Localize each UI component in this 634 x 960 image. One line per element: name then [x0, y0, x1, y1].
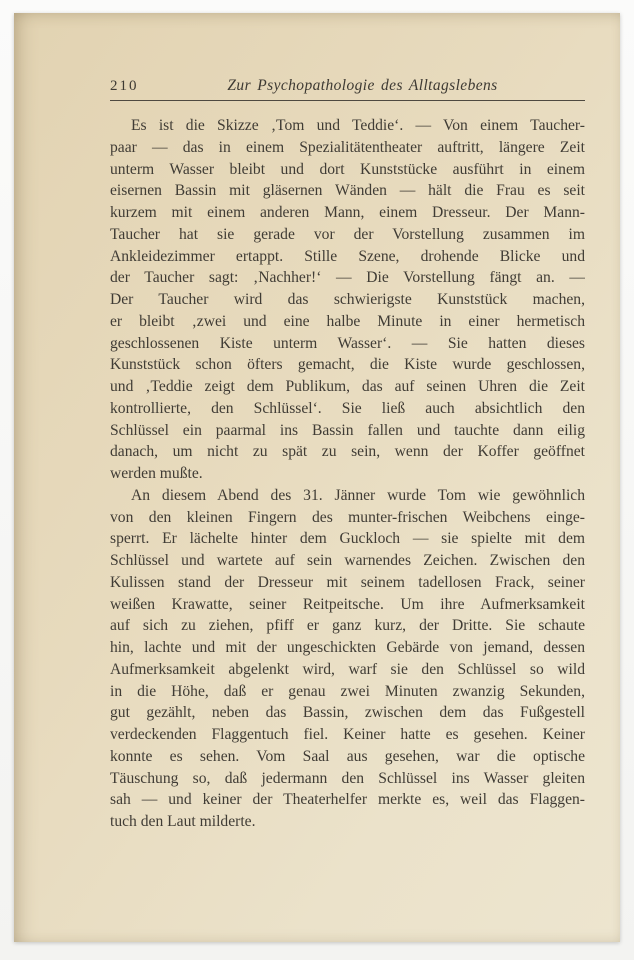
text-line: Kunststück schon öfters gemacht, die Kis… [110, 354, 585, 376]
body-text: Es ist die Skizze ‚Tom und Teddie‘. — Vo… [110, 115, 585, 833]
text-line: gut gezählt, neben das Bassin, zwischen … [110, 702, 585, 724]
text-line: An diesem Abend des 31. Jänner wurde Tom… [110, 485, 585, 507]
text-line: der Taucher sagt: ‚Nachher!‘ — Die Vorst… [110, 267, 585, 289]
text-line: geschlossenen Kiste unterm Wasser‘. — Si… [110, 333, 585, 355]
text-line: eisernen Bassin mit gläsernen Wänden — h… [110, 180, 585, 202]
text-line: von den kleinen Fingern des munter-frisc… [110, 507, 585, 529]
text-line: Kulissen stand der Dresseur mit seinem t… [110, 572, 585, 594]
text-line: Der Taucher wird das schwierigste Kunsts… [110, 289, 585, 311]
text-line: weißen Krawatte, seiner Reitpeitsche. Um… [110, 594, 585, 616]
text-line: Schlüssel ein paarmal ins Bassin fallen … [110, 420, 585, 442]
page-number: 210 [110, 78, 139, 95]
running-head: Zur Psychopathologie des Alltagslebens [110, 77, 585, 95]
text-line: unterm Wasser bleibt und dort Kunststück… [110, 159, 585, 181]
text-line: kontrollierte, den Schlüssel‘. Sie ließ … [110, 398, 585, 420]
text-line: auf sich zu ziehen, pfiff er ganz kurz, … [110, 615, 585, 637]
text-line: kurzem mit einem anderen Mann, einem Dre… [110, 202, 585, 224]
text-line: sah — und keiner der Theaterhelfer merkt… [110, 789, 585, 811]
text-column: 210 Zur Psychopathologie des Alltagslebe… [110, 13, 585, 833]
text-line: er bleibt ‚zwei und eine halbe Minute in… [110, 311, 585, 333]
text-line: hin, lachte und mit der ungeschickten Ge… [110, 637, 585, 659]
text-line: in die Höhe, daß er genau zwei Minuten z… [110, 681, 585, 703]
text-line: konnte es sehen. Vom Saal aus gesehen, w… [110, 746, 585, 768]
text-line: Taucher hat sie gerade vor der Vorstellu… [110, 224, 585, 246]
text-line: Aufmerksamkeit abgelenkt wird, warf sie … [110, 659, 585, 681]
text-line: Täuschung so, daß jedermann den Schlüsse… [110, 768, 585, 790]
text-line: werden mußte. [110, 463, 585, 485]
text-line: sperrt. Er lächelte hinter dem Guckloch … [110, 528, 585, 550]
text-line: verdeckenden Flaggentuch fiel. Keiner ha… [110, 724, 585, 746]
paragraph: An diesem Abend des 31. Jänner wurde Tom… [110, 485, 585, 833]
text-line: paar — das in einem Spezialitätentheater… [110, 137, 585, 159]
text-line: tuch den Laut milderte. [110, 811, 585, 833]
text-line: Es ist die Skizze ‚Tom und Teddie‘. — Vo… [110, 115, 585, 137]
text-line: danach, um nicht zu spät zu sein, wenn d… [110, 441, 585, 463]
header-rule [110, 100, 585, 101]
page-header: 210 Zur Psychopathologie des Alltagslebe… [110, 77, 585, 97]
text-line: Ankleidezimmer ertappt. Stille Szene, dr… [110, 246, 585, 268]
scan-background: 210 Zur Psychopathologie des Alltagslebe… [0, 0, 634, 960]
paragraph: Es ist die Skizze ‚Tom und Teddie‘. — Vo… [110, 115, 585, 485]
text-line: Schlüssel und wartete auf sein warnendes… [110, 550, 585, 572]
text-line: und ‚Teddie zeigt dem Publikum, das auf … [110, 376, 585, 398]
book-page: 210 Zur Psychopathologie des Alltagslebe… [14, 13, 620, 942]
